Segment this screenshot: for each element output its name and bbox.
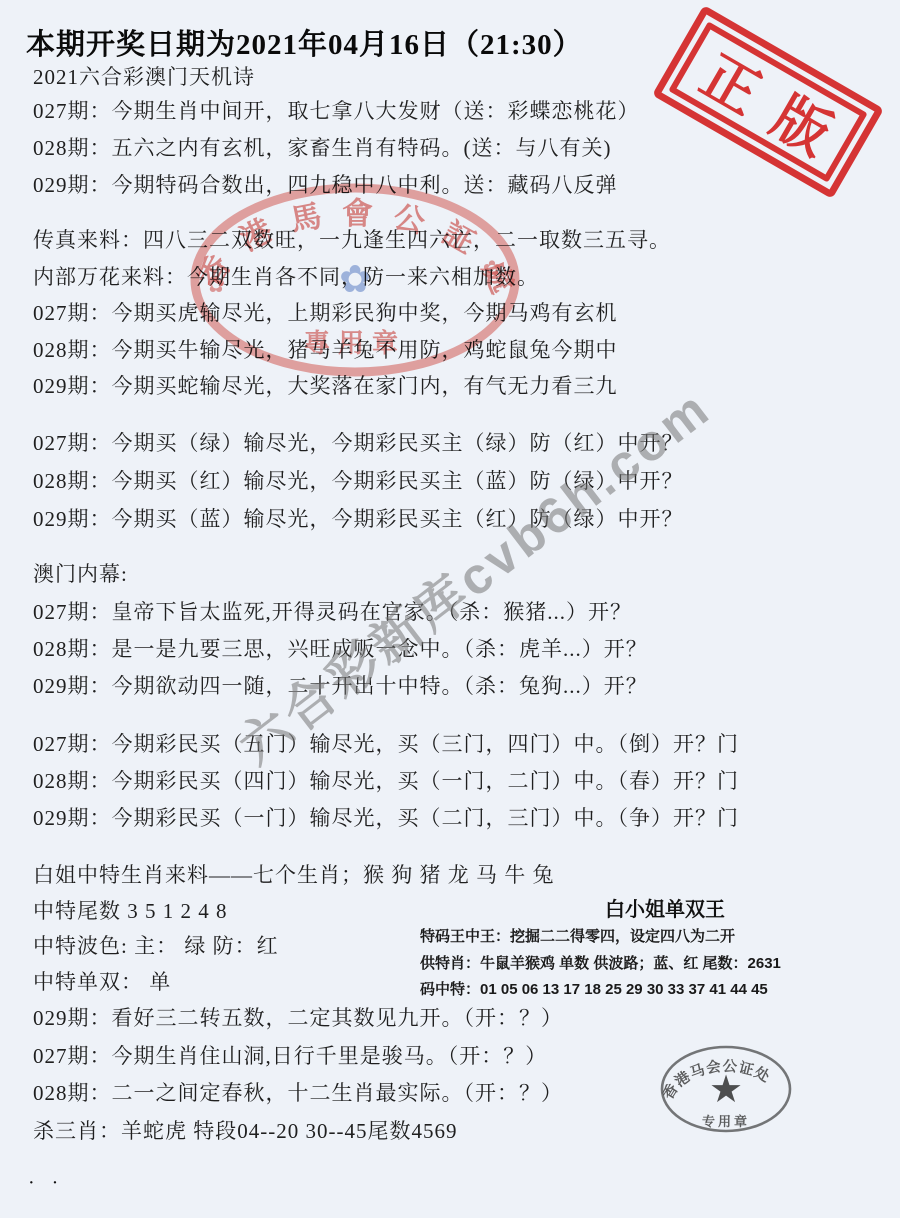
section-final-tips: 029期：看好三二转五数，二定其数见九开。（开：？） 027期：今期生肖住山洞,… — [33, 1000, 563, 1150]
star-icon: ★ — [709, 1069, 743, 1111]
text-line: 028期：五六之内有玄机，家畜生肖有特码。(送：与八有关) — [33, 130, 640, 167]
flower-icon: ✿ — [483, 256, 501, 281]
text-line: 029期：看好三二转五数，二定其数见九开。（开：？） — [33, 1000, 563, 1038]
text-line: 供特肖：牛鼠羊猴鸡 单数 供波路；蓝、红 尾数：2631 — [420, 951, 890, 978]
text-line: 杀三肖：羊蛇虎 特段04--20 30--45尾数4569 — [33, 1113, 563, 1151]
seal-bottom-text: 專用章 — [304, 328, 406, 358]
danshuang-title: 白小姐单双王 — [545, 893, 785, 922]
text-line: 027期：皇帝下旨太监死,开得灵码在官家。（杀：猴猪...）开？ — [33, 594, 648, 631]
text-line: 027期：今期生肖住山洞,日行千里是骏马。（开：？） — [33, 1038, 563, 1076]
zhengban-stamp-border: 正版 — [668, 21, 867, 182]
footer-dots: · · — [28, 1172, 64, 1195]
page-title: 本期开奖日期为2021年04月16日（21:30） — [26, 22, 583, 63]
lottery-tip-sheet: 本期开奖日期为2021年04月16日（21:30） 2021六合彩澳门天机诗 0… — [0, 0, 900, 1218]
text-line: 029期：今期彩民买（一门）输尽光，买（二门，三门）中。（争）开？门 — [33, 800, 739, 837]
section-heading: 澳门内幕: — [33, 554, 648, 594]
section-heading: 2021六合彩澳门天机诗 — [33, 62, 640, 93]
text-line: 027期：今期彩民买（五门）输尽光，买（三门，四门）中。（倒）开？门 — [33, 726, 739, 763]
danshuang-block: 特码王中王：挖掘二二得零四，设定四八为二开 供特肖：牛鼠羊猴鸡 单数 供波路；蓝… — [420, 924, 890, 1004]
text-line: 028期：二一之间定春秋，十二生肖最实际。（开：？） — [33, 1075, 563, 1113]
text-line: 028期：今期彩民买（四门）输尽光，买（一门，二门）中。（春）开？门 — [33, 763, 739, 800]
flower-icon: ✿ — [207, 272, 225, 297]
text-line: 白姐中特生肖来料——七个生肖；猴 狗 猪 龙 马 牛 兔 — [33, 858, 555, 894]
notary-seal: 香港马会公证处 ★ 专用章 — [655, 1040, 801, 1142]
text-line: 027期：今期生肖中间开，取七拿八大发财（送：彩蝶恋桃花） — [33, 93, 640, 130]
zhengban-stamp-label: 正版 — [666, 20, 871, 184]
zhengban-stamp: 正版 — [652, 5, 884, 199]
section-door-tips: 027期：今期彩民买（五门）输尽光，买（三门，四门）中。（倒）开？门 028期：… — [33, 726, 739, 837]
jockey-club-seal: 香港馬會公証處 ✿ ✿ ✿ 專用章 — [186, 180, 524, 384]
flower-icon: ✿ — [339, 259, 371, 301]
text-line: 特码王中王：挖掘二二得零四，设定四八为二开 — [420, 924, 890, 951]
seal-bottom-text: 专用章 — [702, 1114, 750, 1129]
